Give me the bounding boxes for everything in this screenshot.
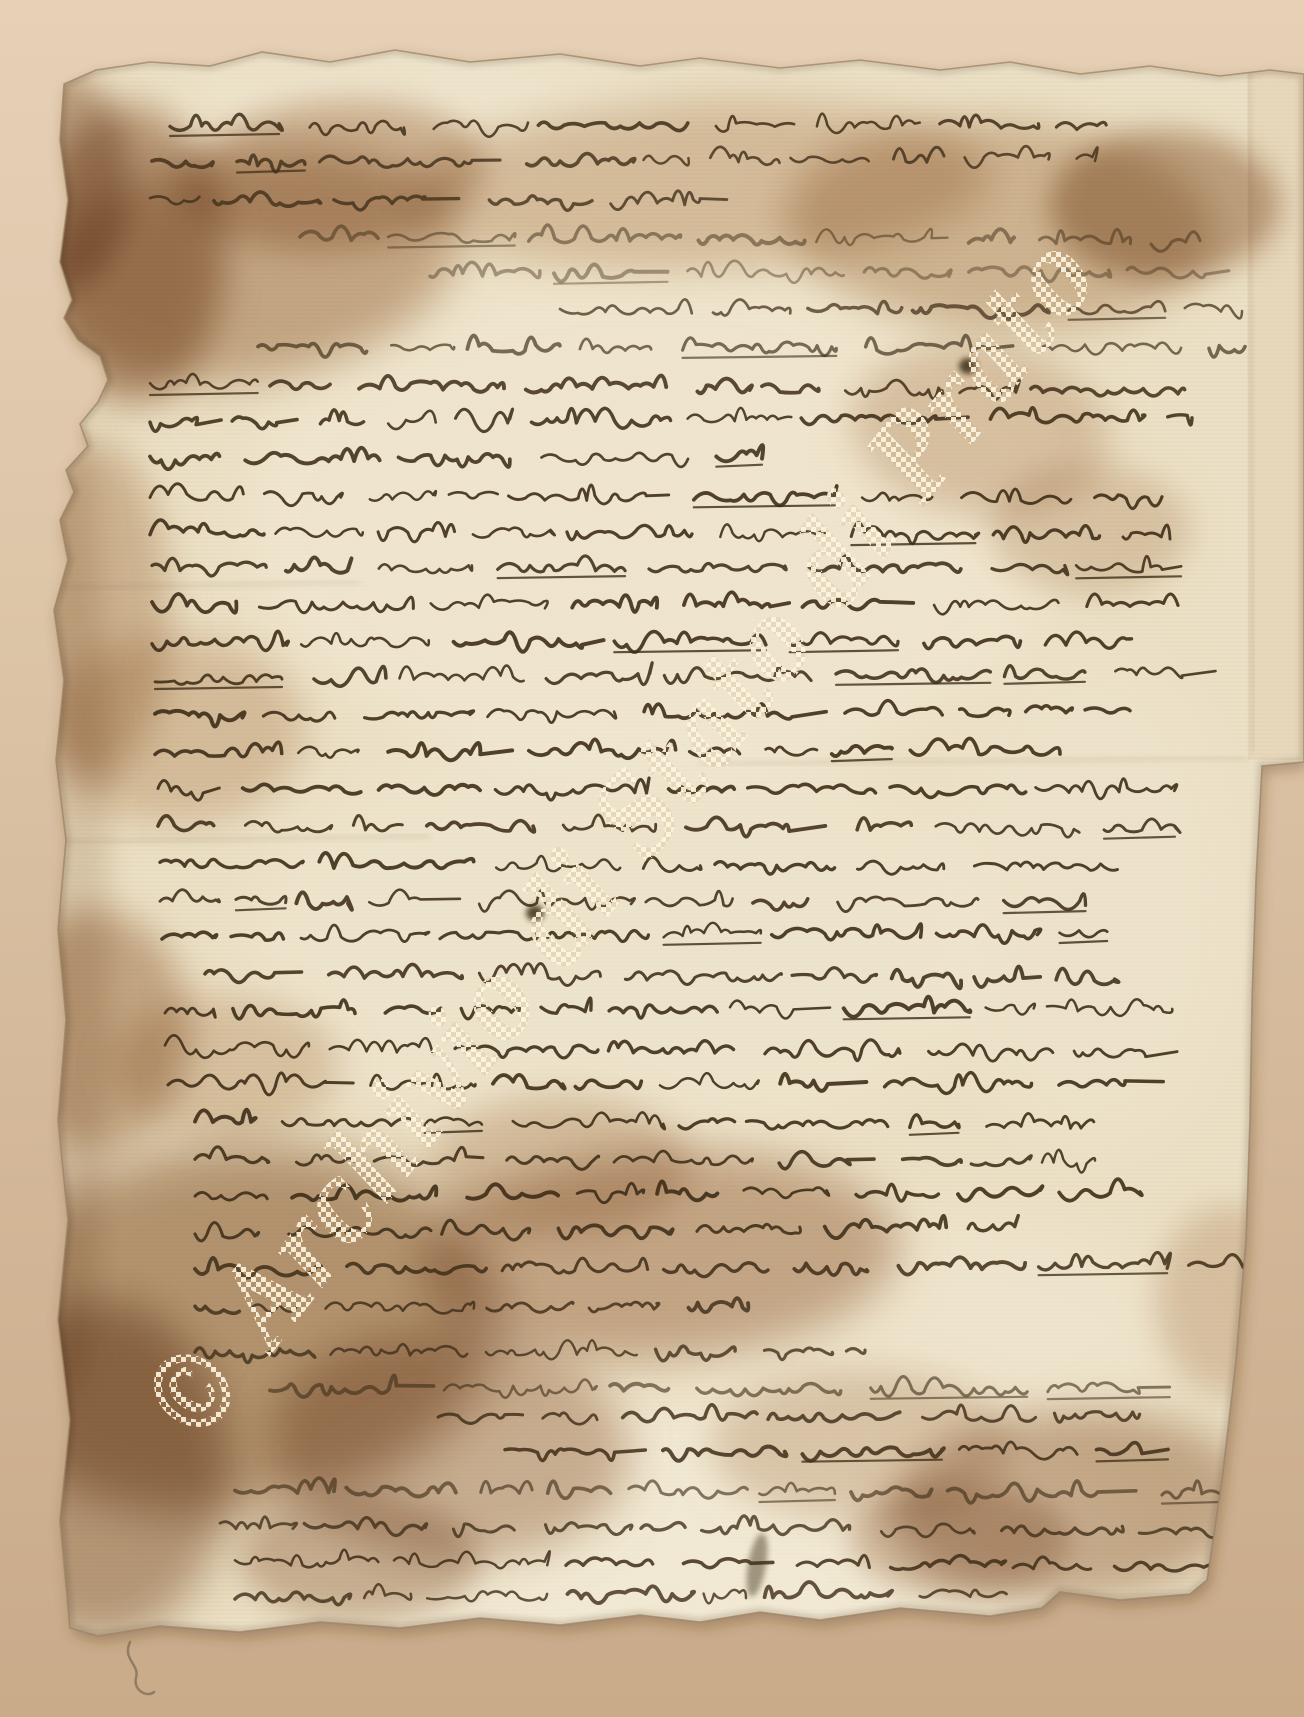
water-stain bbox=[1155, 1205, 1304, 1395]
manuscript-scan: © Archivio di Stato di Prato bbox=[0, 0, 1304, 1717]
water-stain bbox=[850, 1485, 1070, 1595]
adjacent-leaf-fragment bbox=[1248, 70, 1304, 760]
water-stain bbox=[1050, 130, 1280, 280]
paper-thread bbox=[128, 1642, 154, 1694]
manuscript-scene: © Archivio di Stato di Prato bbox=[0, 0, 1304, 1717]
